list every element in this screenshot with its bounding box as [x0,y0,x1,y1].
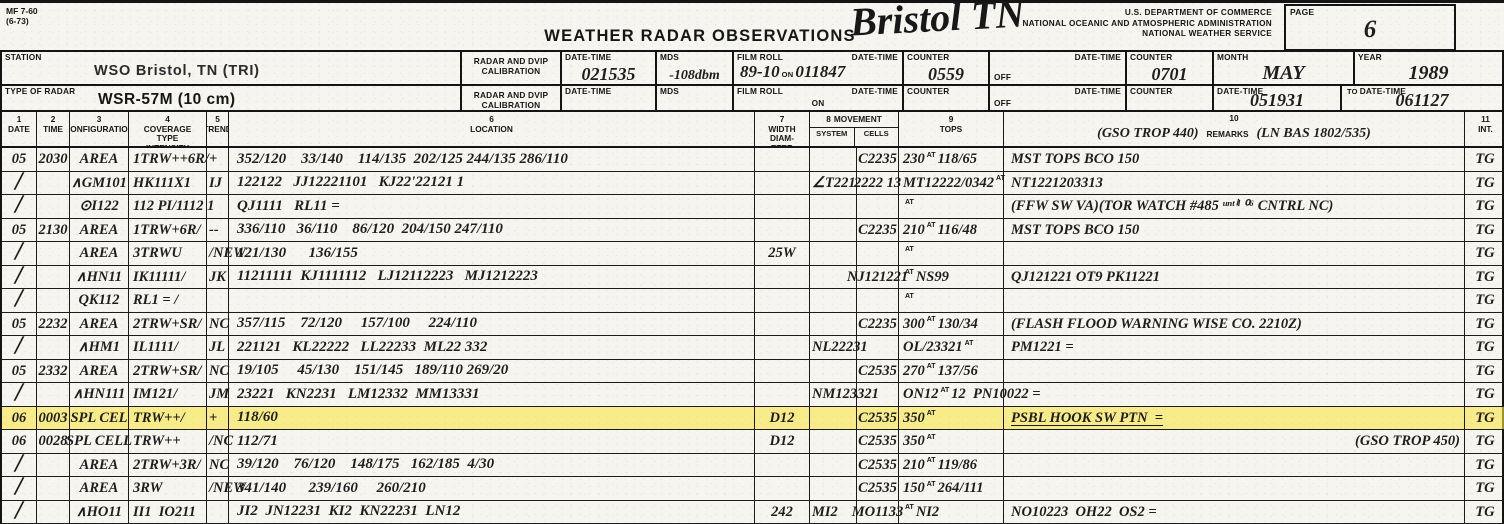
obs-row-16-config: ∧HO11 [70,501,129,524]
obs-row-5-coverage: 3TRWU [129,242,207,266]
obs-row-4-coverage: 1TRW+6R/ [129,219,207,243]
obs-value: JL [209,340,225,355]
obs-value: AREA [80,246,119,261]
cal-label-box-2: RADAR AND DVIP CALIBRATION [462,86,562,110]
obs-value: 1TRW++6R/ [133,152,209,167]
obs-row-16-loc: JI2 JN12231 KI2 KN22231 LN12 [229,501,755,524]
obs-row-6-trend: JK [207,266,229,290]
obs-row-6-time [37,266,70,290]
obs-row-11-time [37,383,70,407]
col-system-label: SYSTEM [810,128,855,146]
col-date: 1DATE [2,112,37,146]
obs-value: 2TRW+3R/ [133,458,201,473]
obs-value: ∧HN11 [76,270,122,285]
obs-value: TG [1475,223,1494,238]
obs-row-11-tops: ON12AT12 PN10022 = [899,383,1004,407]
obs-value: 336/110 36/110 86/120 204/150 247/110 [237,222,503,237]
obs-row-3-int: TG [1465,195,1504,219]
obs-row-5-loc: 121/130 136/155 [229,242,755,266]
obs-row-13-int: TG [1465,430,1504,454]
obs-row-15-config: AREA [70,477,129,501]
obs-row-14-loc: 39/120 76/120 148/175 162/185 4/30 [229,454,755,478]
station-handwritten-stamp: Bristol TN [849,0,1026,46]
col-tops-label: TOPS [940,125,962,135]
obs-row-13-width: D12 [755,430,810,454]
printed-at-label: AT [927,481,936,488]
printed-at-label: AT [927,222,936,229]
ditto-slash: ╱ [15,175,24,190]
obs-row-15-sys [810,477,857,501]
obs-row-16-remarks: NO10223 OH22 OS2 = [1004,501,1465,524]
cal1-counter2-value: 0701 [1127,65,1212,83]
station-value: WSO Bristol, TN (TRI) [94,63,260,79]
obs-value: 05 [12,364,27,379]
radar-type-value: WSR-57M (10 cm) [98,91,236,109]
obs-value: 112/71 [237,434,278,449]
ditto-slash: ╱ [15,480,24,495]
mds-label: MDS [660,53,679,63]
col-movement: 8MOVEMENT SYSTEMCELLS [810,112,899,146]
counter-label-2: COUNTER [907,87,949,97]
obs-row-16-sys: MI2 [810,501,857,524]
off-label-2: OFF [994,99,1011,109]
obs-value: C2235 [858,152,897,167]
obs-row-7-config: QK112 [70,289,129,313]
obs-row-14-sys [810,454,857,478]
obs-row-12-width: D12 [755,407,810,431]
obs-value: (FLASH FLOOD WARNING WISE CO. 2210Z) [1011,317,1302,332]
obs-value: AREA [80,458,119,473]
obs-row-1-tops: 230AT118/65 [899,148,1004,172]
obs-value: -- [209,223,219,238]
counter2-label-2: COUNTER [1130,87,1172,97]
ditto-slash: ╱ [15,269,24,284]
obs-row-13-remarks: (GSO TROP 450) [1004,430,1465,454]
obs-row-6-width [755,266,810,290]
obs-row-1-sys [810,148,857,172]
obs-row-9-tops: OL/23321AT [899,336,1004,360]
obs-row-7-sys [810,289,857,313]
counter-label: COUNTER [907,53,949,63]
obs-value: 112 PI/1112 1 [133,199,214,214]
obs-row-14-coverage: 2TRW+3R/ [129,454,207,478]
obs-row-8-width [755,313,810,337]
obs-row-7-remarks [1004,289,1465,313]
film-roll-label-2: FILM ROLL [737,87,783,97]
col-cells-label: CELLS [855,128,899,146]
obs-value: TG [1475,481,1494,496]
obs-row-1-time: 2030 [37,148,70,172]
obs-value: JI2 JN12231 KI2 KN22231 LN12 [237,504,460,519]
obs-row-16-trend [207,501,229,524]
obs-row-4-config: AREA [70,219,129,243]
obs-row-9-coverage: IL1111/ [129,336,207,360]
obs-value: PM1221 = [1011,340,1074,355]
obs-row-6-tops: ATNS99 [899,266,1004,290]
obs-value: TG [1475,434,1494,449]
obs-row-11-sys: NM123321 [810,383,857,407]
month-box: MONTH MAY [1214,52,1355,84]
obs-row-7-time [37,289,70,313]
obs-row-2-time [37,172,70,196]
obs-row-10-tops: 270AT137/56 [899,360,1004,384]
obs-value: 3TRWU [133,246,182,261]
obs-value: ⊙I122 [79,199,119,214]
obs-row-12-config: SPL CEL [70,407,129,431]
obs-value: C2535 [858,434,897,449]
obs-row-12-remarks: PSBL HOOK SW PTN = [1004,407,1465,431]
obs-row-3-tops: AT [899,195,1004,219]
obs-row-9-cells [857,336,899,360]
obs-value: C2535 [858,458,897,473]
year-label: YEAR [1358,53,1382,63]
col-location: 6LOCATION [229,112,755,146]
obs-row-13-tops: 350AT [899,430,1004,454]
obs-row-7-tops: AT [899,289,1004,313]
obs-value: AREA [80,152,119,167]
obs-value: QJ121221 OT9 PK11221 [1011,270,1160,285]
col-config-label: CONFIGURATION [70,125,129,135]
remarks-header-note-right: (LN BAS 1802/535) [1256,126,1370,142]
obs-value: 05 [12,223,27,238]
obs-row-12-int: TG [1465,407,1504,431]
obs-row-1-coverage: 1TRW++6R/ [129,148,207,172]
obs-row-13-coverage: TRW++ [129,430,207,454]
col-int-label: INT. [1478,125,1493,135]
page-box: PAGE 6 [1284,4,1456,51]
col-movement-num: 8 [826,115,831,125]
obs-value: TG [1475,458,1494,473]
date-time-label-2: DATE-TIME [565,87,611,97]
obs-value: IK11111/ [133,270,185,285]
obs-value: 0003 [39,411,68,426]
col-date-label: DATE [8,125,30,135]
obs-row-4-width [755,219,810,243]
obs-row-10-width [755,360,810,384]
obs-row-11-remarks [1004,383,1465,407]
cal2-mds-box: MDS [657,86,734,110]
obs-row-15-date: ╱ [2,477,37,501]
obs-value: 2222 13 [854,176,901,191]
obs-value: NT1221203313 [1011,176,1103,191]
cal2-counter-box: COUNTER [904,86,990,110]
obs-row-4-time: 2130 [37,219,70,243]
radar-type-box: TYPE OF RADAR WSR-57M (10 cm) [2,86,462,110]
obs-value: 05 [12,152,27,167]
station-box: STATION WSO Bristol, TN (TRI) [2,52,462,84]
obs-value: TG [1475,364,1494,379]
obs-row-14-cells: C2535 [857,454,899,478]
obs-value: TG [1475,246,1494,261]
obs-row-7-trend [207,289,229,313]
cal1-off-box: DATE-TIME OFF [990,52,1127,84]
ditto-slash: ╱ [15,386,24,401]
col-trend: 5TREND [207,112,229,146]
obs-value: AREA [80,481,119,496]
obs-row-12-trend: + [207,407,229,431]
obs-row-7-cells [857,289,899,313]
obs-value: 2TRW+SR/ [133,364,201,379]
obs-value: (GSO TROP 450) [1355,434,1460,449]
obs-row-2-width [755,172,810,196]
obs-value: II1 IO211 [133,505,196,520]
obs-value: TG [1475,152,1494,167]
off-label: OFF [994,73,1011,83]
obs-row-8-config: AREA [70,313,129,337]
on-label: ON [782,70,794,79]
obs-value: IL1111/ [133,340,178,355]
obs-row-7-date: ╱ [2,289,37,313]
col-remarks-label: REMARKS [1207,130,1249,140]
obs-row-6-date: ╱ [2,266,37,290]
printed-at-label: AT [905,199,914,206]
obs-value: ∧HN111 [73,387,126,402]
obs-value: 25W [768,246,795,261]
cal1-film-roll-box: FILM ROLL DATE-TIME 89-10ON011847 [734,52,904,84]
radar-type-label: TYPE OF RADAR [5,87,75,97]
obs-value: SPL CEL [70,411,127,426]
agency-line1: U.S. DEPARTMENT OF COMMERCE [1022,8,1272,19]
obs-value: NC [209,317,229,332]
obs-row-8-sys [810,313,857,337]
obs-row-14-config: AREA [70,454,129,478]
obs-row-5-width: 25W [755,242,810,266]
weather-radar-observations-form: MF 7-60 (6-73) WEATHER RADAR OBSERVATION… [0,0,1504,524]
obs-row-12-time: 0003 [37,407,70,431]
obs-start-box: DATE-TIME 051931 [1214,86,1342,110]
obs-end-box: TODATE-TIME 061127 [1342,86,1502,110]
obs-value: TG [1475,176,1494,191]
date-time-label: DATE-TIME [565,53,611,63]
col-movement-top: 8MOVEMENT [826,112,882,127]
obs-value: C2535 [858,481,897,496]
obs-value: 121/130 136/155 [237,246,358,261]
obs-row-7-width [755,289,810,313]
obs-row-9-int: TG [1465,336,1504,360]
obs-value: 341/140 239/160 260/210 [237,481,426,496]
obs-row-9-sys: NL22231 [810,336,857,360]
obs-row-4-int: TG [1465,219,1504,243]
obs-row-15-remarks [1004,477,1465,501]
obs-value: 23221 KN2231 LM12332 MM13331 [237,387,480,402]
printed-at-label: AT [927,316,936,323]
ditto-slash: ╱ [15,504,24,519]
obs-row-11-date: ╱ [2,383,37,407]
month-label: MONTH [1217,53,1248,63]
cal1-mds-box: MDS -108dbm [657,52,734,84]
calibration-row-2: TYPE OF RADAR WSR-57M (10 cm) RADAR AND … [0,84,1504,110]
agency-line3: NATIONAL WEATHER SERVICE [1022,29,1272,40]
obs-value: 2030 [39,152,68,167]
obs-value: RL1 = / [133,293,178,308]
cal1-counter-box: COUNTER 0559 [904,52,990,84]
obs-row-11-int: TG [1465,383,1504,407]
obs-row-8-trend: NC [207,313,229,337]
off-date-time-label: DATE-TIME [1075,53,1121,63]
obs-row-1-cells: C2235 [857,148,899,172]
obs-row-1-remarks: MST TOPS BCO 150 [1004,148,1465,172]
col-configuration: 3CONFIGURATION [70,112,129,146]
obs-row-5-tops: AT [899,242,1004,266]
obs-end-value: 061127 [1342,91,1502,109]
obs-row-6-int: TG [1465,266,1504,290]
cal2-counter2-box: COUNTER [1127,86,1214,110]
obs-row-9-loc: 221121 KL22222 LL22233 ML22 332 [229,336,755,360]
obs-value: TG [1475,411,1494,426]
obs-row-6-config: ∧HN11 [70,266,129,290]
obs-row-3-loc: QJ1111 RL11 = [229,195,755,219]
station-label: STATION [5,53,42,63]
obs-value: 2332 [39,364,68,379]
printed-at-label: AT [905,293,914,300]
col-trend-label: TREND [207,125,229,135]
obs-value: MI2 [812,505,838,520]
obs-row-10-trend: NC [207,360,229,384]
cal1-mds-value: -108dbm [657,69,732,83]
obs-value: QJ1111 RL11 = [237,199,340,214]
obs-row-2-int: TG [1465,172,1504,196]
form-number: MF 7-60 (6-73) [6,6,38,26]
obs-value: NC [209,458,229,473]
obs-row-14-time [37,454,70,478]
obs-row-14-int: TG [1465,454,1504,478]
obs-row-4-remarks: MST TOPS BCO 150 [1004,219,1465,243]
obs-row-13-sys [810,430,857,454]
obs-row-8-remarks: (FLASH FLOOD WARNING WISE CO. 2210Z) [1004,313,1465,337]
obs-row-9-time [37,336,70,360]
obs-row-12-tops: 350AT [899,407,1004,431]
obs-row-5-remarks [1004,242,1465,266]
obs-value: NC [209,364,229,379]
obs-value: TRW++ [133,434,181,449]
col-movement-sub: SYSTEMCELLS [810,127,898,146]
obs-value: 1TRW+6R/ [133,223,201,238]
ditto-slash: ╱ [15,457,24,472]
obs-value: TG [1475,387,1494,402]
obs-value: 2TRW+SR/ [133,317,201,332]
obs-row-2-coverage: HK111X1 [129,172,207,196]
obs-value: ∧GM101 [71,176,127,191]
obs-value: (FFW SW VA)(TOR WATCH #485 ᵘⁿᵗⁱˡ ⁰⁶ CNTR… [1011,199,1333,214]
printed-at-label: AT [927,152,936,159]
obs-value: TG [1475,293,1494,308]
obs-row-15-int: TG [1465,477,1504,501]
printed-at-label: AT [940,387,949,394]
obs-row-14-trend: NC [207,454,229,478]
obs-row-8-cells: C2235 [857,313,899,337]
observations-grid: 052030AREA1TRW++6R/+352/120 33/140 114/1… [0,148,1504,524]
obs-row-8-tops: 300AT130/34 [899,313,1004,337]
col-coverage-l3: INTENSITY [146,144,189,146]
obs-value: C2235 [858,317,897,332]
obs-value: SPL CELL [66,434,132,449]
obs-row-16-cells: MO1133 [857,501,899,524]
ditto-slash: ╱ [15,198,24,213]
obs-row-3-trend [207,195,229,219]
cal2-date-time-box: DATE-TIME [562,86,657,110]
form-number-line2: (6-73) [6,16,38,26]
obs-row-3-config: ⊙I122 [70,195,129,219]
col-remarks: 10 (GSO TROP 440) REMARKS (LN BAS 1802/5… [1004,112,1465,146]
obs-row-1-int: TG [1465,148,1504,172]
obs-value: ∠T221 [812,176,856,191]
obs-row-7-loc [229,289,755,313]
obs-row-3-coverage: 112 PI/1112 1 [129,195,207,219]
obs-row-11-trend: JM [207,383,229,407]
obs-row-5-cells [857,242,899,266]
obs-row-7-int: TG [1465,289,1504,313]
obs-row-1-loc: 352/120 33/140 114/135 202/125 244/135 2… [229,148,755,172]
obs-row-8-date: 05 [2,313,37,337]
obs-row-2-sys: ∠T221 [810,172,857,196]
obs-row-16-time [37,501,70,524]
printed-at-label: AT [927,363,936,370]
obs-row-14-width [755,454,810,478]
obs-row-10-sys [810,360,857,384]
obs-row-6-loc: 11211111 KJ1111112 LJ12112223 MJ1212223 [229,266,755,290]
form-header: MF 7-60 (6-73) WEATHER RADAR OBSERVATION… [0,0,1504,50]
ditto-slash: ╱ [15,245,24,260]
cal1-date-time-value: 021535 [562,65,655,83]
cal2-off-box: DATE-TIME OFF [990,86,1127,110]
obs-value: 06 [12,411,27,426]
obs-row-13-trend: /NC [207,430,229,454]
obs-row-15-time [37,477,70,501]
obs-value: 3RW [133,481,163,496]
obs-row-12-loc: 118/60 [229,407,755,431]
obs-row-12-sys [810,407,857,431]
obs-row-11-config: ∧HN111 [70,383,129,407]
cal1-date-time-box: DATE-TIME 021535 [562,52,657,84]
obs-row-3-cells [857,195,899,219]
obs-value: AREA [80,364,119,379]
col-coverage: 4COVERAGETYPEINTENSITY [129,112,207,146]
obs-row-15-tops: 150AT264/111 [899,477,1004,501]
calibration-row-1: STATION WSO Bristol, TN (TRI) RADAR AND … [0,50,1504,84]
obs-row-2-trend: IJ [207,172,229,196]
obs-row-8-coverage: 2TRW+SR/ [129,313,207,337]
obs-row-3-time [37,195,70,219]
obs-row-11-loc: 23221 KN2231 LM12332 MM13331 [229,383,755,407]
month-value: MAY [1214,63,1353,83]
obs-value: AREA [80,317,119,332]
obs-value: 39/120 76/120 148/175 162/185 4/30 [237,457,494,472]
obs-value: 06 [12,434,27,449]
page-value: 6 [1286,16,1454,44]
obs-value: 357/115 72/120 157/100 224/110 [237,316,477,331]
obs-value: MO1133 [852,505,904,520]
obs-row-16-tops: ATNI2 [899,501,1004,524]
obs-row-6-remarks: QJ121221 OT9 PK11221 [1004,266,1465,290]
obs-value: + [209,411,217,426]
column-headers: 1DATE 2TIME 3CONFIGURATION 4COVERAGETYPE… [0,110,1504,148]
ditto-slash: ╱ [15,292,24,307]
obs-row-13-date: 06 [2,430,37,454]
obs-row-1-width [755,148,810,172]
obs-row-16-width: 242 [755,501,810,524]
obs-row-4-sys [810,219,857,243]
obs-row-11-coverage: IM121/ [129,383,207,407]
ditto-slash: ╱ [15,339,24,354]
obs-value: TG [1475,270,1494,285]
col-width-diameter: 7WIDTHDIAM-ETER [755,112,810,146]
obs-row-5-date: ╱ [2,242,37,266]
obs-row-10-config: AREA [70,360,129,384]
col-intensity: 11INT. [1465,112,1504,146]
obs-row-11-cells [857,383,899,407]
obs-row-2-date: ╱ [2,172,37,196]
film-roll-number: 89-10 [740,62,780,81]
